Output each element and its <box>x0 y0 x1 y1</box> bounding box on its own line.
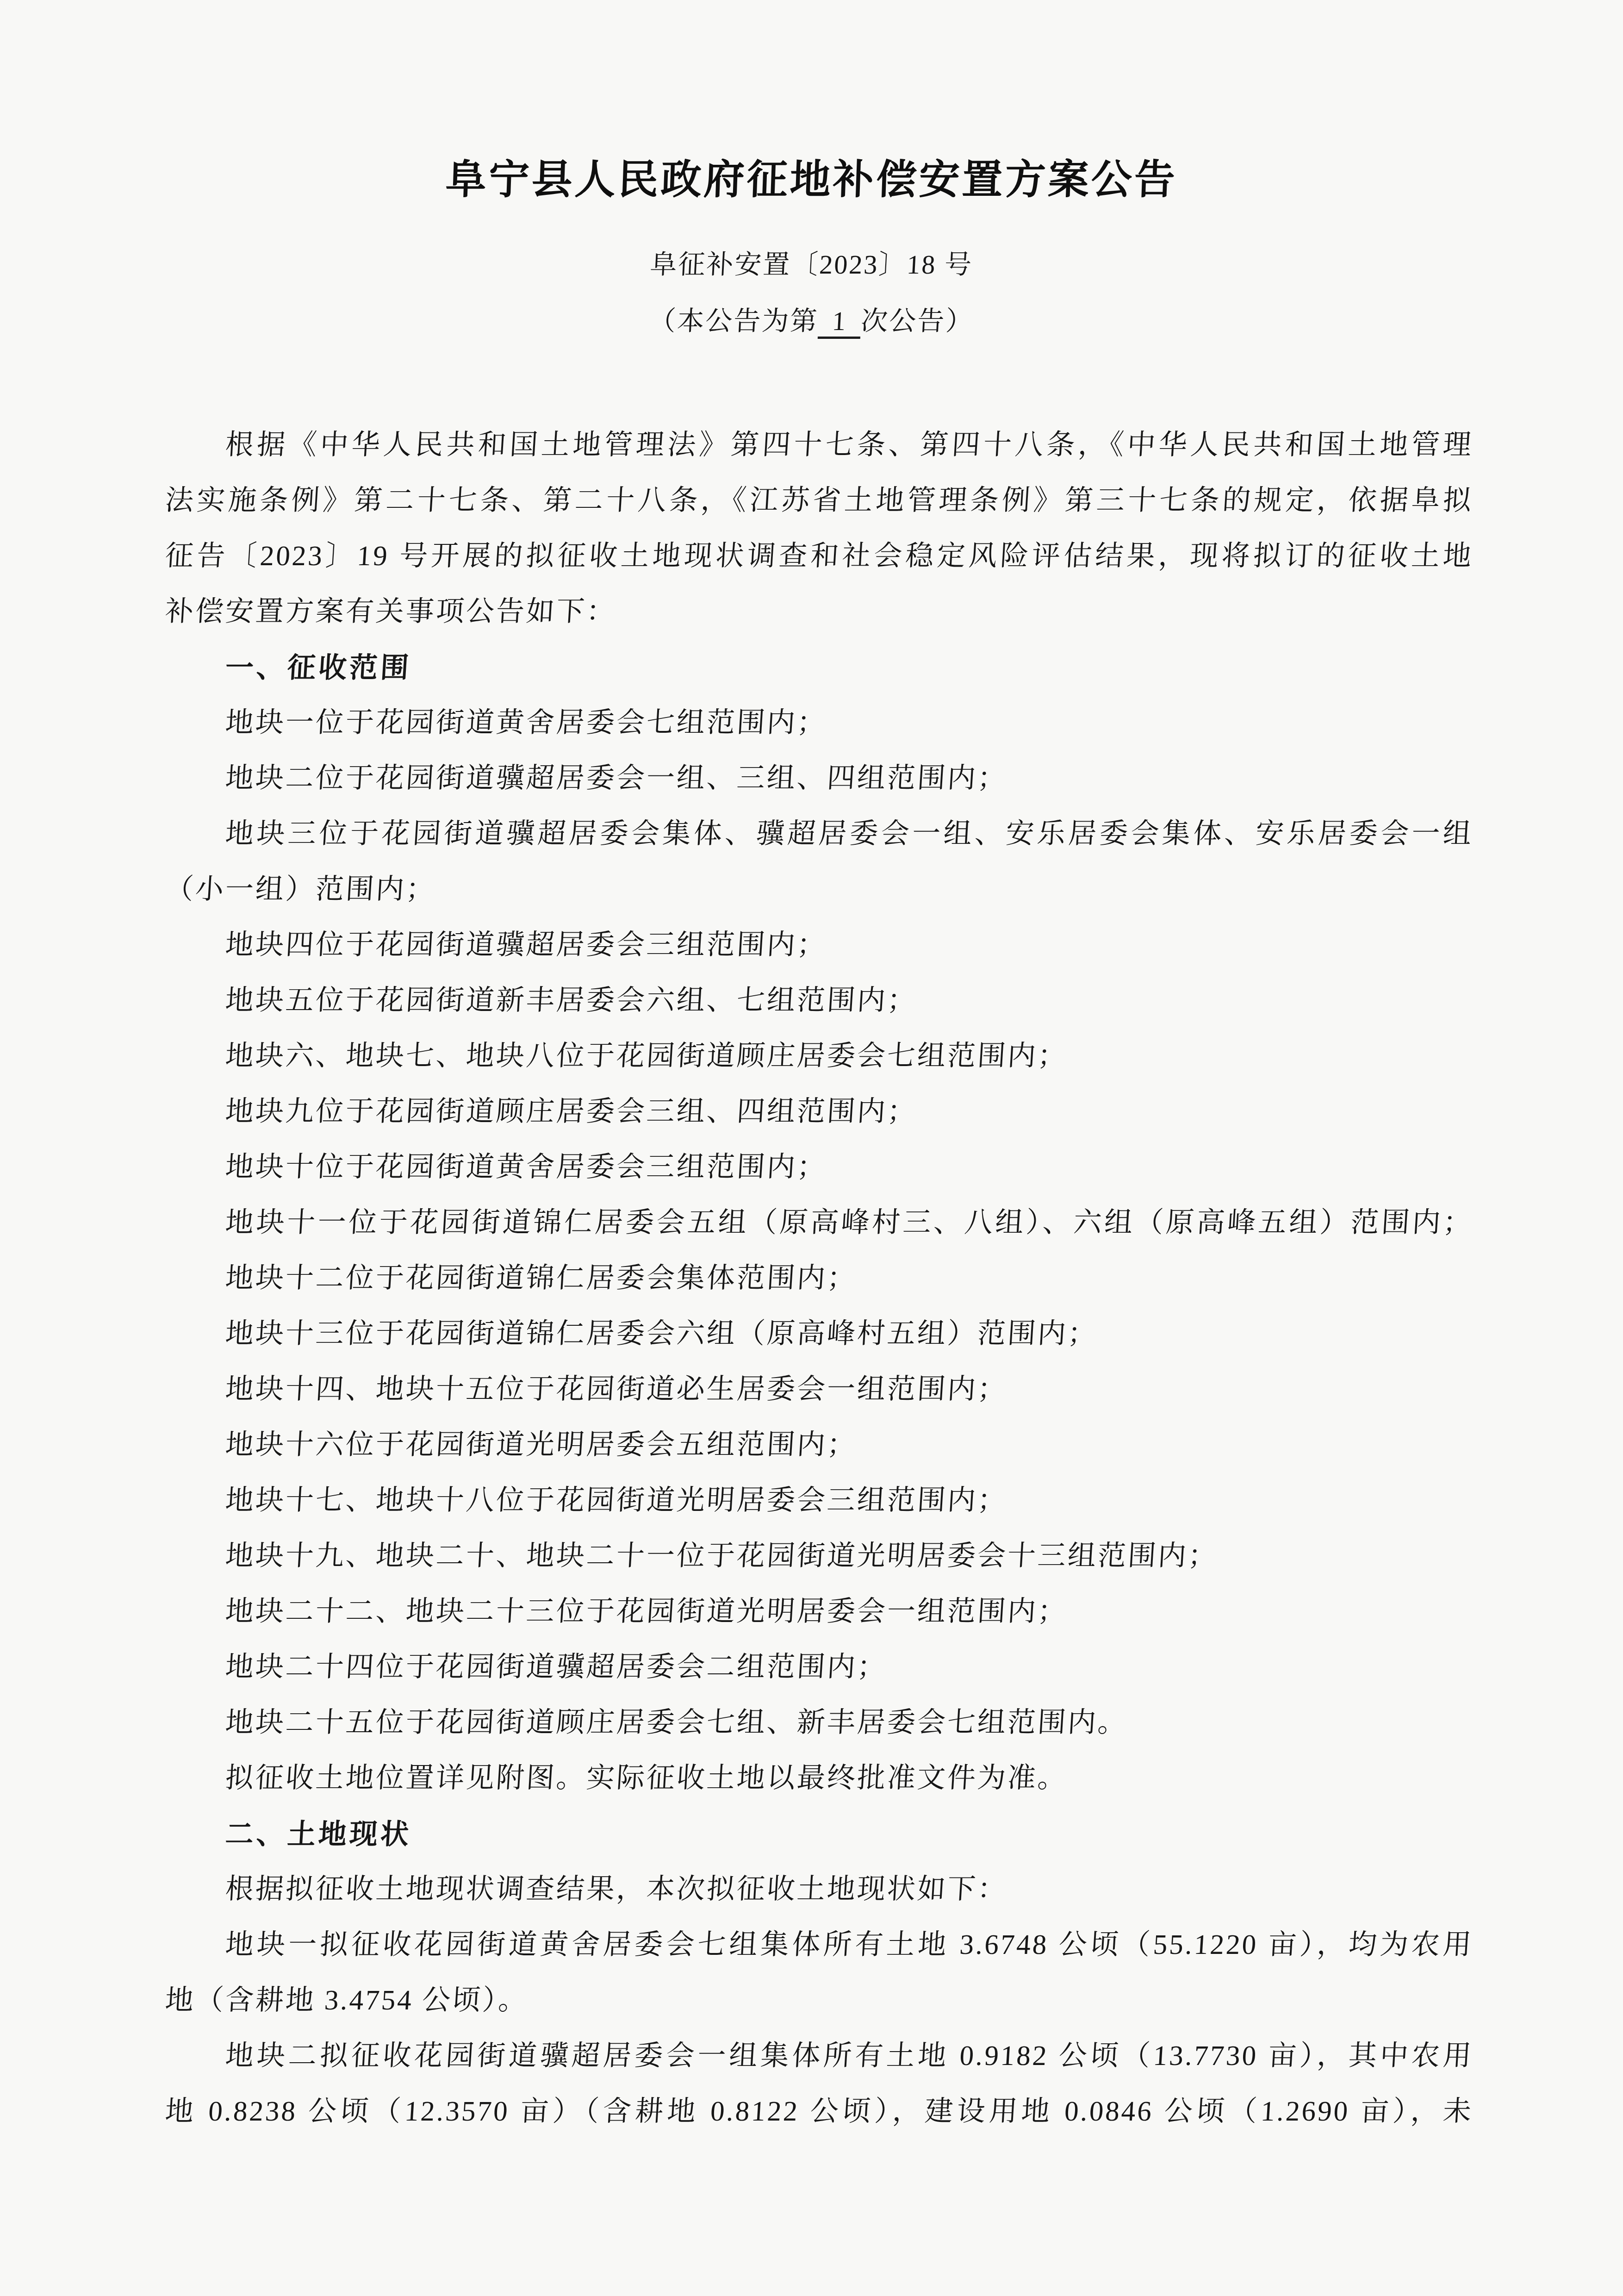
doc-line: 地块二拟征收花园街道骥超居委会一组集体所有土地 0.9182 公顷（13.773… <box>163 2028 1474 2084</box>
doc-line: 地块五位于花园街道新丰居委会六组、七组范围内； <box>163 973 1474 1029</box>
doc-line: 地块二十五位于花园街道顾庄居委会七组、新丰居委会七组范围内。 <box>163 1695 1474 1751</box>
document-title: 阜宁县人民政府征地补偿安置方案公告 <box>0 147 1623 206</box>
doc-line: 法实施条例》第二十七条、第二十八条，《江苏省土地管理条例》第三十七条的规定，依据… <box>163 473 1474 529</box>
doc-line: 地（含耕地 3.4754 公顷）。 <box>163 1973 1474 2028</box>
doc-line: 地块十九、地块二十、地块二十一位于花园街道光明居委会十三组范围内； <box>163 1529 1474 1584</box>
doc-line: 补偿安置方案有关事项公告如下： <box>163 584 1474 640</box>
doc-line: 地块一位于花园街道黄舍居委会七组范围内； <box>163 695 1474 751</box>
doc-line: 地块二十二、地块二十三位于花园街道光明居委会一组范围内； <box>163 1584 1474 1640</box>
doc-line: 地块三位于花园街道骥超居委会集体、骥超居委会一组、安乐居委会集体、安乐居委会一组 <box>163 806 1474 862</box>
document-body: 根据《中华人民共和国土地管理法》第四十七条、第四十八条，《中华人民共和国土地管理… <box>165 418 1473 2140</box>
doc-line: 征告〔2023〕19 号开展的拟征收土地现状调查和社会稳定风险评估结果，现将拟订… <box>163 529 1474 584</box>
section-heading-2: 二、土地现状 <box>163 1806 1474 1862</box>
doc-line: 地块二位于花园街道骥超居委会一组、三组、四组范围内； <box>163 751 1474 806</box>
doc-line: 根据《中华人民共和国土地管理法》第四十七条、第四十八条，《中华人民共和国土地管理 <box>163 418 1474 473</box>
doc-line: 地块十三位于花园街道锦仁居委会六组（原高峰村五组）范围内； <box>163 1306 1474 1362</box>
doc-line: 地块六、地块七、地块八位于花园街道顾庄居委会七组范围内； <box>163 1029 1474 1084</box>
doc-line: 地块十一位于花园街道锦仁居委会五组（原高峰村三、八组）、六组（原高峰五组）范围内… <box>163 1195 1474 1251</box>
doc-line: （小一组）范围内； <box>163 862 1474 917</box>
doc-line: 地块十位于花园街道黄舍居委会三组范围内； <box>163 1140 1474 1195</box>
section-heading-1: 一、征收范围 <box>163 640 1474 695</box>
doc-line: 地块九位于花园街道顾庄居委会三组、四组范围内； <box>163 1084 1474 1140</box>
doc-line: 地块四位于花园街道骥超居委会三组范围内； <box>163 917 1474 973</box>
doc-line: 拟征收土地位置详见附图。实际征收土地以最终批准文件为准。 <box>163 1751 1474 1806</box>
doc-line: 地块十七、地块十八位于花园街道光明居委会三组范围内； <box>163 1473 1474 1529</box>
notice-count-line: （本公告为第1次公告） <box>0 299 1623 339</box>
doc-line: 地块二十四位于花园街道骥超居委会二组范围内； <box>163 1640 1474 1695</box>
scanned-document-page: 阜宁县人民政府征地补偿安置方案公告 阜征补安置〔2023〕18 号 （本公告为第… <box>0 0 1623 2296</box>
document-number: 阜征补安置〔2023〕18 号 <box>0 243 1623 281</box>
doc-line: 根据拟征收土地现状调查结果，本次拟征收土地现状如下： <box>163 1862 1474 1917</box>
doc-line: 地块十四、地块十五位于花园街道必生居委会一组范围内； <box>163 1362 1474 1417</box>
doc-line: 地 0.8238 公顷（12.3570 亩）（含耕地 0.8122 公顷），建设… <box>163 2084 1474 2140</box>
notice-suffix: 次公告） <box>860 306 975 336</box>
doc-line: 地块十二位于花园街道锦仁居委会集体范围内； <box>163 1251 1474 1306</box>
doc-line: 地块一拟征收花园街道黄舍居委会七组集体所有土地 3.6748 公顷（55.122… <box>163 1917 1474 1973</box>
notice-prefix: （本公告为第 <box>648 306 819 336</box>
doc-line: 地块十六位于花园街道光明居委会五组范围内； <box>163 1417 1474 1473</box>
notice-number-underlined: 1 <box>817 308 862 339</box>
